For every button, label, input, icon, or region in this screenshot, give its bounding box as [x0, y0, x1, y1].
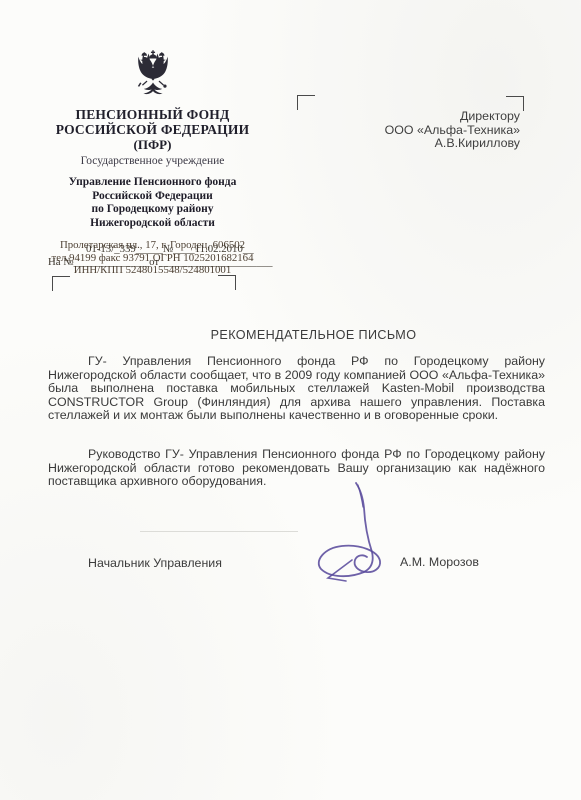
org-name-line2: РОССИЙСКОЙ ФЕДЕРАЦИИ — [30, 123, 275, 138]
division-line2: Российской Федерации — [30, 190, 275, 204]
letter-paragraph-2: Руководство ГУ- Управления Пенсионного ф… — [48, 448, 545, 489]
letter-title: РЕКОМЕНДАТЕЛЬНОЕ ПИСЬМО — [65, 328, 562, 342]
recipient-company: ООО «Альфа-Техника» — [385, 124, 520, 138]
handwritten-signature — [300, 480, 430, 600]
org-abbreviation: (ПФР) — [30, 138, 275, 152]
incoming-ref-number: На №______________от____________________… — [48, 256, 288, 269]
outgoing-ref-number: 01-13/_339_____№____11.02.2010__ — [48, 243, 288, 256]
org-name-line1: ПЕНСИОННЫЙ ФОНД — [30, 108, 275, 123]
recipient-name: А.В.Кириллову — [385, 137, 520, 151]
org-type: Государственное учреждение — [30, 155, 275, 168]
division-line3: по Городецкому району — [30, 203, 275, 217]
scan-artifact-line — [140, 531, 298, 532]
signer-name: А.М. Морозов — [400, 555, 479, 569]
division-line1: Управление Пенсионного фонда — [30, 176, 275, 190]
recipient-zone-corner-mark-left — [297, 95, 315, 110]
recipient-position: Директору — [385, 110, 520, 124]
letter-paragraph-1: ГУ- Управления Пенсионного фонда РФ по Г… — [48, 355, 545, 423]
recipient-block: Директору ООО «Альфа-Техника» А.В.Кирилл… — [385, 110, 520, 151]
signer-position-title: Начальник Управления — [88, 556, 222, 570]
division-line4: Нижегородской области — [30, 217, 275, 231]
scanned-letter-page: ПЕНСИОННЫЙ ФОНД РОССИЙСКОЙ ФЕДЕРАЦИИ (ПФ… — [0, 0, 581, 800]
ref-zone-corner-mark-left — [52, 276, 70, 291]
coat-of-arms-eagle-icon — [130, 50, 176, 102]
ref-zone-corner-mark-right — [218, 275, 236, 290]
reference-block: 01-13/_339_____№____11.02.2010__ На №___… — [48, 243, 288, 268]
